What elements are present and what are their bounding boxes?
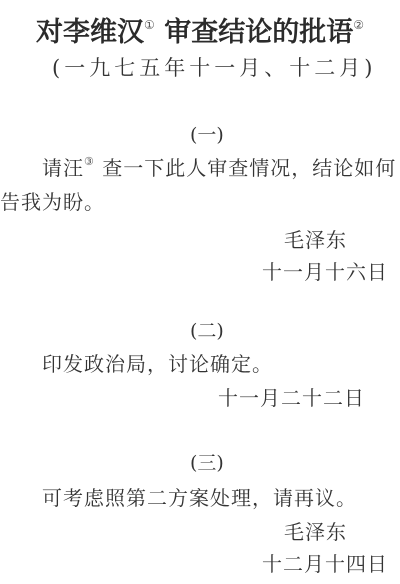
title-part-2: 审查结论的批语 [155,17,353,48]
footnote-marker-2[interactable]: ② [353,18,364,32]
document-title: 对李维汉① 审查结论的批语② [0,10,400,49]
footnote-marker-3[interactable]: ③ [84,155,95,168]
section-1-body-line-1: 请汪③ 查一下此人审查情况，结论如何 [42,152,396,181]
section-1-body-line-2: 告我为盼。 [0,186,105,215]
section-2-date: 十一月二十二日 [218,382,365,411]
section-2-body-line-1: 印发政治局，讨论确定。 [42,348,273,377]
section-3-number: (三) [190,448,224,475]
section-2-number: (二) [190,316,224,343]
section-1-body-text-b: 查一下此人审查情况，结论如何 [95,156,396,180]
section-3-date: 十二月十四日 [262,548,388,577]
section-1-date: 十一月十六日 [262,256,388,285]
title-part-1: 对李维汉 [36,17,144,48]
section-3-body-line-1: 可考虑照第二方案处理，请再议。 [42,482,357,511]
section-1-signature: 毛泽东 [284,224,347,253]
section-1-number: (一) [190,120,224,147]
footnote-marker-1[interactable]: ① [144,18,155,32]
section-1-body-text-a: 请汪 [42,156,84,180]
document-subtitle-date-range: (一九七五年十一月、十二月) [52,52,376,82]
section-3-signature: 毛泽东 [284,516,347,545]
